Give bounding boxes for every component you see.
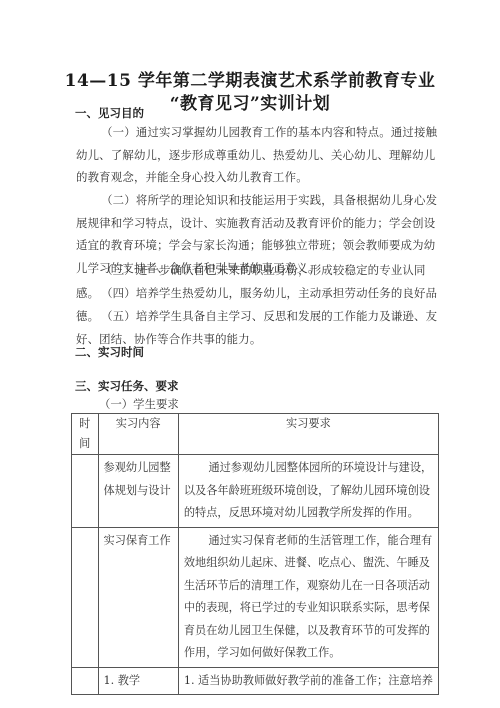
cell-requirement: 通过实习保育老师的生活管理工作，能合理有效地组织幼儿起床、进餐、吃点心、盥洗、午… — [178, 527, 438, 667]
cell-time — [72, 527, 99, 667]
table-row: 1. 教学 1. 适当协助教师做好教学前的准备工作；注意培养 — [72, 667, 439, 695]
header-requirement: 实习要求 — [178, 414, 438, 455]
cell-content: 实习保育工作 — [98, 527, 178, 667]
table-row: 实习保育工作 通过实习保育老师的生活管理工作，能合理有效地组织幼儿起床、进餐、吃… — [72, 527, 439, 667]
purpose-paragraph-1: （一）通过实习掌握幼儿园教育工作的基本内容和特点。通过接触幼儿、了解幼儿，逐步形… — [76, 121, 442, 189]
cell-content: 参观幼儿园整体规划与设计 — [98, 455, 178, 528]
cell-time — [72, 455, 99, 528]
table-header-row: 时间 实习内容 实习要求 — [72, 414, 439, 455]
header-time: 时间 — [72, 414, 99, 455]
cell-time — [72, 667, 99, 695]
section-heading-purpose: 一、见习目的 — [75, 105, 144, 121]
cell-requirement: 1. 适当协助教师做好教学前的准备工作；注意培养 — [178, 667, 438, 695]
section-heading-tasks: 三、实习任务、要求 — [75, 378, 179, 394]
document-page: 14—15 学年第二学期表演艺术系学前教育专业 “教育见习”实训计划 一、见习目… — [0, 0, 500, 708]
header-content: 实习内容 — [98, 414, 178, 455]
cell-content: 1. 教学 — [98, 667, 178, 695]
document-title-line1: 14—15 学年第二学期表演艺术系学前教育专业 — [0, 66, 500, 91]
section-heading-time: 二、实习时间 — [75, 344, 144, 360]
requirements-table: 时间 实习内容 实习要求 参观幼儿园整体规划与设计 通过参观幼儿园整体园所的环境… — [71, 413, 439, 695]
table-row: 参观幼儿园整体规划与设计 通过参观幼儿园整体园所的环境设计与建设，以及各年龄班班… — [72, 455, 439, 528]
cell-requirement: 通过参观幼儿园整体园所的环境设计与建设，以及各年龄班班级环境创设，了解幼儿园环境… — [178, 455, 438, 528]
subheading-student-requirements: （一）学生要求 — [99, 396, 179, 412]
